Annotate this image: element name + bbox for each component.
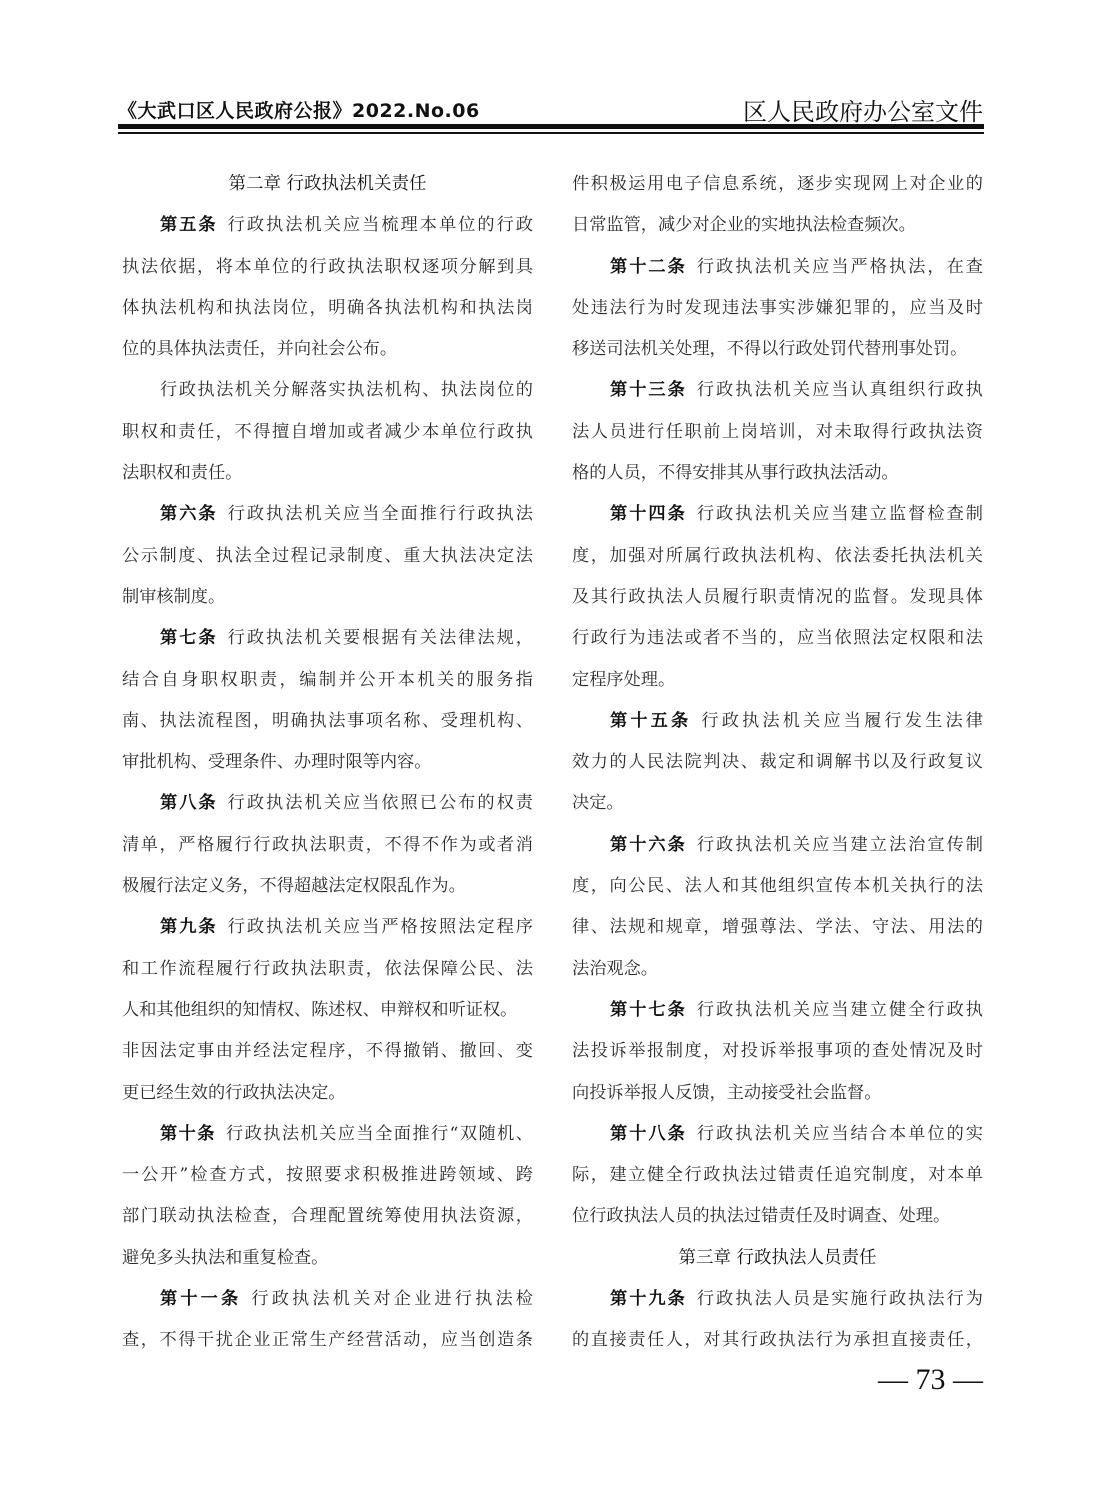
article-number: 第七条: [160, 628, 218, 648]
article-first-line: 第十七条行政执法机关应当建立健全行政执: [572, 990, 983, 1031]
line-text: 职权和责任，不得擅自增加或者减少本单位行政执: [122, 422, 533, 442]
text-line: 效力的人民法院判决、裁定和调解书以及行政复议: [572, 742, 983, 783]
text-line: 律、法规和规章，增强尊法、学法、守法、用法的: [572, 907, 983, 948]
line-text: 审批机构、受理条件、办理时限等内容。: [122, 752, 431, 772]
line-text: 移送司法机关处理，不得以行政处罚代替刑事处罚。: [572, 339, 967, 359]
line-text: 法治观念。: [572, 959, 658, 979]
text-line: 度，向公民、法人和其他组织宣传本机关执行的法: [572, 866, 983, 907]
article-first-line: 第八条行政执法机关应当依照已公布的权责: [122, 783, 533, 824]
text-line: 公示制度、执法全过程记录制度、重大执法决定法: [122, 536, 533, 577]
left-column: 第二章 行政执法机关责任 第五条行政执法机关应当梳理本单位的行政执法依据，将本单…: [122, 164, 533, 1362]
text-line: 法人员进行任职前上岗培训，对未取得行政执法资: [572, 412, 983, 453]
line-text: 行政执法机关应当建立法治宣传制: [697, 835, 983, 855]
text-line: 非因法定事由并经法定程序，不得撤销、撤回、变: [122, 1031, 533, 1072]
line-text: 人和其他组织的知情权、陈述权、申辩权和听证权。: [122, 1000, 517, 1020]
text-line: 日常监管，减少对企业的实地执法检查频次。: [572, 205, 983, 246]
line-text: 日常监管，减少对企业的实地执法检查频次。: [572, 215, 916, 235]
article-first-line: 第九条行政执法机关应当严格按照法定程序: [122, 907, 533, 948]
right-column: 件积极运用电子信息系统，逐步实现网上对企业的日常监管，减少对企业的实地执法检查频…: [572, 164, 983, 1362]
line-text: 和工作流程履行行政执法职责，依法保障公民、法: [122, 959, 533, 979]
line-text: 更已经生效的行政执法决定。: [122, 1083, 345, 1103]
text-line: 和工作流程履行行政执法职责，依法保障公民、法: [122, 949, 533, 990]
line-text: 查，不得干扰企业正常生产经营活动，应当创造条: [122, 1330, 533, 1350]
line-text: 定程序处理。: [572, 670, 675, 690]
text-line: 件积极运用电子信息系统，逐步实现网上对企业的: [572, 164, 983, 205]
text-line: 清单，严格履行行政执法职责，不得不作为或者消: [122, 825, 533, 866]
line-text: 法人员进行任职前上岗培训，对未取得行政执法资: [572, 422, 983, 442]
article-first-line: 第十六条行政执法机关应当建立法治宣传制: [572, 825, 983, 866]
publication-title: 《大武口区人民政府公报》2022.No.06: [118, 96, 480, 123]
line-text: 行政执法机关应当认真组织行政执: [697, 380, 983, 400]
article-number: 第十条: [160, 1124, 216, 1144]
text-line: 际，建立健全行政执法过错责任追究制度，对本单: [572, 1155, 983, 1196]
section-title: 区人民政府办公室文件: [743, 92, 983, 127]
line-text: 非因法定事由并经法定程序，不得撤销、撤回、变: [122, 1041, 533, 1061]
line-text: 一公开”检查方式，按照要求积极推进跨领域、跨: [122, 1165, 533, 1185]
text-line: 职权和责任，不得擅自增加或者减少本单位行政执: [122, 412, 533, 453]
article-first-line: 第六条行政执法机关应当全面推行行政执法: [122, 494, 533, 535]
line-text: 向投诉举报人反馈，主动接受社会监督。: [572, 1083, 881, 1103]
line-text: 法投诉举报制度，对投诉举报事项的查处情况及时: [572, 1041, 983, 1061]
article-number: 第九条: [160, 917, 218, 937]
text-line: 移送司法机关处理，不得以行政处罚代替刑事处罚。: [572, 329, 983, 370]
line-text: 度，加强对所属行政执法机构、依法委托执法机关: [572, 546, 983, 566]
article-number: 第十二条: [610, 257, 687, 277]
left-column-body: 第五条行政执法机关应当梳理本单位的行政执法依据，将本单位的行政执法职权逐项分解到…: [122, 205, 533, 1361]
article-number: 第十八条: [610, 1124, 687, 1144]
text-line: 法职权和责任。: [122, 453, 533, 494]
article-first-line: 第十五条行政执法机关应当履行发生法律: [572, 701, 983, 742]
header-rule-thin: [118, 132, 984, 134]
text-line: 避免多头执法和重复检查。: [122, 1238, 533, 1279]
text-line: 位的具体执法责任，并向社会公布。: [122, 329, 533, 370]
article-number: 第十九条: [610, 1289, 687, 1309]
line-text: 南、执法流程图，明确执法事项名称、受理机构、: [122, 711, 533, 731]
text-line: 法投诉举报制度，对投诉举报事项的查处情况及时: [572, 1031, 983, 1072]
line-text: 效力的人民法院判决、裁定和调解书以及行政复议: [572, 752, 983, 772]
article-first-line: 第十四条行政执法机关应当建立监督检查制: [572, 494, 983, 535]
text-line: 行政执法机关分解落实执法机构、执法岗位的: [122, 370, 533, 411]
line-text: 行政执法机关应当结合本单位的实: [697, 1124, 983, 1144]
line-text: 部门联动执法检查，合理配置统筹使用执法资源，: [122, 1206, 533, 1226]
article-first-line: 第十一条行政执法机关对企业进行执法检: [122, 1279, 533, 1320]
article-first-line: 第七条行政执法机关要根据有关法律法规，: [122, 618, 533, 659]
line-text: 行政执法机关应当全面推行“双随机、: [226, 1124, 533, 1144]
text-line: 向投诉举报人反馈，主动接受社会监督。: [572, 1073, 983, 1114]
line-text: 行政执法机关对企业进行执法检: [251, 1289, 533, 1309]
text-line: 部门联动执法检查，合理配置统筹使用执法资源，: [122, 1196, 533, 1237]
line-text: 决定。: [572, 793, 624, 813]
text-line: 一公开”检查方式，按照要求积极推进跨领域、跨: [122, 1155, 533, 1196]
text-line: 决定。: [572, 783, 983, 824]
line-text: 行政执法机关应当严格执法，在查: [697, 257, 983, 277]
article-number: 第六条: [160, 504, 218, 524]
line-text: 公示制度、执法全过程记录制度、重大执法决定法: [122, 546, 533, 566]
article-first-line: 第十二条行政执法机关应当严格执法，在查: [572, 247, 983, 288]
line-text: 结合自身职权职责，编制并公开本机关的服务指: [122, 670, 533, 690]
article-number: 第十一条: [160, 1289, 241, 1309]
right-column-body: 件积极运用电子信息系统，逐步实现网上对企业的日常监管，减少对企业的实地执法检查频…: [572, 164, 983, 1238]
text-line: 位行政执法人员的执法过错责任及时调查、处理。: [572, 1196, 983, 1237]
line-text: 及其行政执法人员履行职责情况的监督。发现具体: [572, 587, 983, 607]
text-line: 的直接责任人，对其行政执法行为承担直接责任，: [572, 1320, 983, 1361]
article-first-line: 第十八条行政执法机关应当结合本单位的实: [572, 1114, 983, 1155]
line-text: 清单，严格履行行政执法职责，不得不作为或者消: [122, 835, 533, 855]
text-line: 查，不得干扰企业正常生产经营活动，应当创造条: [122, 1320, 533, 1361]
text-line: 审批机构、受理条件、办理时限等内容。: [122, 742, 533, 783]
line-text: 的直接责任人，对其行政执法行为承担直接责任，: [572, 1330, 983, 1350]
article-first-line: 第十九条行政执法人员是实施行政执法行为: [572, 1279, 983, 1320]
line-text: 处违法行为时发现违法事实涉嫌犯罪的，应当及时: [572, 298, 983, 318]
line-text: 行政执法机关应当依照已公布的权责: [228, 793, 533, 813]
text-line: 制审核制度。: [122, 577, 533, 618]
article-number: 第十五条: [610, 711, 691, 731]
article-number: 第十四条: [610, 504, 687, 524]
line-text: 行政执法机关应当梳理本单位的行政: [228, 215, 533, 235]
right-column-body-after: 第十九条行政执法人员是实施行政执法行为的直接责任人，对其行政执法行为承担直接责任…: [572, 1279, 983, 1362]
text-line: 及其行政执法人员履行职责情况的监督。发现具体: [572, 577, 983, 618]
line-text: 行政执法机关应当建立健全行政执: [697, 1000, 983, 1020]
article-number: 第十三条: [610, 380, 687, 400]
line-text: 位的具体执法责任，并向社会公布。: [122, 339, 397, 359]
text-line: 体执法机构和执法岗位，明确各执法机构和执法岗: [122, 288, 533, 329]
line-text: 律、法规和规章，增强尊法、学法、守法、用法的: [572, 917, 983, 937]
text-line: 格的人员，不得安排其从事行政执法活动。: [572, 453, 983, 494]
line-text: 极履行法定义务，不得超越法定权限乱作为。: [122, 876, 466, 896]
line-text: 格的人员，不得安排其从事行政执法活动。: [572, 463, 899, 483]
article-number: 第十七条: [610, 1000, 687, 1020]
text-line: 定程序处理。: [572, 660, 983, 701]
article-number: 第十六条: [610, 835, 687, 855]
line-text: 制审核制度。: [122, 587, 225, 607]
text-line: 行政行为违法或者不当的，应当依照法定权限和法: [572, 618, 983, 659]
line-text: 度，向公民、法人和其他组织宣传本机关执行的法: [572, 876, 983, 896]
line-text: 执法依据，将本单位的行政执法职权逐项分解到具: [122, 257, 533, 277]
line-text: 行政执法机关分解落实执法机构、执法岗位的: [160, 380, 533, 400]
line-text: 位行政执法人员的执法过错责任及时调查、处理。: [572, 1206, 950, 1226]
text-line: 更已经生效的行政执法决定。: [122, 1073, 533, 1114]
text-line: 法治观念。: [572, 949, 983, 990]
line-text: 行政执法机关应当全面推行行政执法: [228, 504, 533, 524]
line-text: 行政执法机关应当建立监督检查制: [697, 504, 983, 524]
page-number: — 73 —: [878, 1363, 983, 1397]
chapter-2-heading: 第二章 行政执法机关责任: [122, 164, 533, 205]
text-line: 处违法行为时发现违法事实涉嫌犯罪的，应当及时: [572, 288, 983, 329]
header-rule-thick: [118, 124, 984, 129]
line-text: 行政执法机关应当严格按照法定程序: [228, 917, 533, 937]
line-text: 行政执法机关应当履行发生法律: [701, 711, 983, 731]
line-text: 体执法机构和执法岗位，明确各执法机构和执法岗: [122, 298, 533, 318]
article-first-line: 第十三条行政执法机关应当认真组织行政执: [572, 370, 983, 411]
text-line: 执法依据，将本单位的行政执法职权逐项分解到具: [122, 247, 533, 288]
line-text: 法职权和责任。: [122, 463, 242, 483]
line-text: 行政执法人员是实施行政执法行为: [697, 1289, 983, 1309]
chapter-3-heading: 第三章 行政执法人员责任: [572, 1238, 983, 1279]
article-first-line: 第五条行政执法机关应当梳理本单位的行政: [122, 205, 533, 246]
article-number: 第八条: [160, 793, 218, 813]
article-first-line: 第十条行政执法机关应当全面推行“双随机、: [122, 1114, 533, 1155]
text-line: 人和其他组织的知情权、陈述权、申辩权和听证权。: [122, 990, 533, 1031]
text-line: 南、执法流程图，明确执法事项名称、受理机构、: [122, 701, 533, 742]
line-text: 行政执法机关要根据有关法律法规，: [228, 628, 533, 648]
text-line: 极履行法定义务，不得超越法定权限乱作为。: [122, 866, 533, 907]
text-line: 结合自身职权职责，编制并公开本机关的服务指: [122, 660, 533, 701]
text-line: 度，加强对所属行政执法机构、依法委托执法机关: [572, 536, 983, 577]
line-text: 行政行为违法或者不当的，应当依照法定权限和法: [572, 628, 983, 648]
line-text: 际，建立健全行政执法过错责任追究制度，对本单: [572, 1165, 983, 1185]
line-text: 避免多头执法和重复检查。: [122, 1248, 328, 1268]
line-text: 件积极运用电子信息系统，逐步实现网上对企业的: [572, 174, 983, 194]
article-number: 第五条: [160, 215, 218, 235]
